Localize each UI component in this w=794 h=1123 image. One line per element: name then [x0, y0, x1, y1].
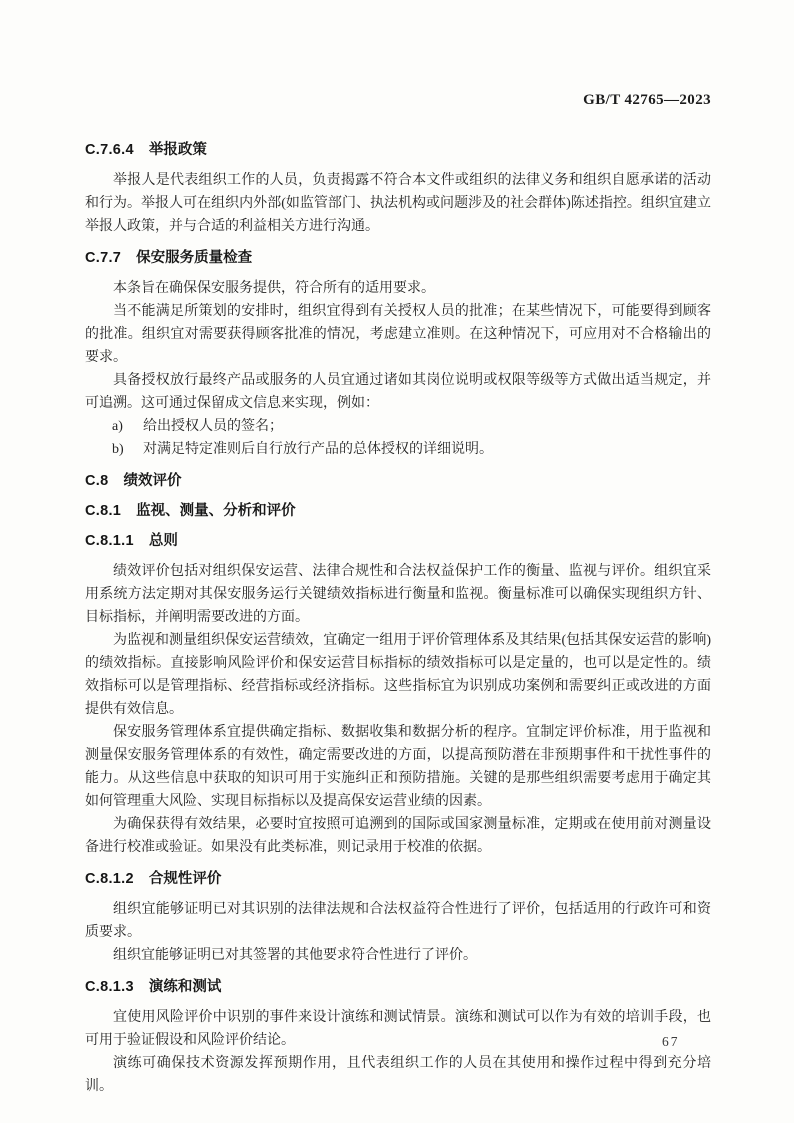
- list-item-a: a)给出授权人员的签名；: [85, 415, 711, 438]
- section-title: 举报政策: [149, 142, 207, 158]
- section-heading-C.7.7: C.7.7保安服务质量检查: [85, 249, 711, 268]
- list-marker: b): [112, 438, 143, 461]
- section-number: C.8: [85, 472, 108, 491]
- section-title: 绩效评价: [123, 473, 181, 489]
- section-number: C.7.7: [85, 249, 121, 268]
- list-text: 给出授权人员的签名；: [143, 419, 283, 434]
- paragraph: 当不能满足所策划的安排时，组织宜得到有关授权人员的批准；在某些情况下，可能要得到…: [85, 300, 711, 369]
- section-heading-C.8.1.2: C.8.1.2合规性评价: [85, 870, 711, 889]
- page-number: 67: [662, 1034, 680, 1050]
- section-heading-C.8.1.1: C.8.1.1总则: [85, 532, 711, 551]
- list-marker: a): [112, 415, 143, 438]
- document-content-area: GB/T 42765—2023 C.7.6.4举报政策举报人是代表组织工作的人员…: [85, 92, 711, 1098]
- standard-code-header: GB/T 42765—2023: [85, 92, 711, 109]
- section-title: 合规性评价: [149, 871, 222, 887]
- section-number: C.8.1.3: [85, 978, 134, 997]
- section-number: C.8.1.2: [85, 870, 134, 889]
- paragraph: 宜使用风险评价中识别的事件来设计演练和测试情景。演练和测试可以作为有效的培训手段…: [85, 1006, 711, 1052]
- section-title: 保安服务质量检查: [136, 250, 252, 266]
- paragraph: 具备授权放行最终产品或服务的人员宜通过诸如其岗位说明或权限等级等方式做出适当规定…: [85, 369, 711, 415]
- list-item-b: b)对满足特定准则后自行放行产品的总体授权的详细说明。: [85, 438, 711, 461]
- section-number: C.8.1.1: [85, 532, 134, 551]
- document-body: C.7.6.4举报政策举报人是代表组织工作的人员，负责揭露不符合本文件或组织的法…: [85, 141, 711, 1098]
- paragraph: 保安服务管理体系宜提供确定指标、数据收集和数据分析的程序。宜制定评价标准，用于监…: [85, 721, 711, 813]
- list-text: 对满足特定准则后自行放行产品的总体授权的详细说明。: [143, 442, 493, 457]
- section-title: 监视、测量、分析和评价: [136, 503, 296, 519]
- section-number: C.8.1: [85, 502, 121, 521]
- paragraph: 为确保获得有效结果，必要时宜按照可追溯到的国际或国家测量标准，定期或在使用前对测…: [85, 813, 711, 859]
- paragraph: 举报人是代表组织工作的人员，负责揭露不符合本文件或组织的法律义务和组织自愿承诺的…: [85, 169, 711, 238]
- paragraph: 本条旨在确保保安服务提供，符合所有的适用要求。: [85, 277, 711, 300]
- section-title: 总则: [149, 533, 178, 549]
- section-heading-C.8: C.8绩效评价: [85, 472, 711, 491]
- paragraph: 演练可确保技术资源发挥预期作用，且代表组织工作的人员在其使用和操作过程中得到充分…: [85, 1052, 711, 1098]
- paragraph: 绩效评价包括对组织保安运营、法律合规性和合法权益保护工作的衡量、监视与评价。组织…: [85, 560, 711, 629]
- section-number: C.7.6.4: [85, 141, 134, 160]
- section-heading-C.7.6.4: C.7.6.4举报政策: [85, 141, 711, 160]
- document-page: GB/T 42765—2023 C.7.6.4举报政策举报人是代表组织工作的人员…: [0, 0, 794, 1123]
- paragraph: 组织宜能够证明已对其签署的其他要求符合性进行了评价。: [85, 944, 711, 967]
- section-heading-C.8.1.3: C.8.1.3演练和测试: [85, 978, 711, 997]
- paragraph: 组织宜能够证明已对其识别的法律法规和合法权益符合性进行了评价，包括适用的行政许可…: [85, 898, 711, 944]
- section-title: 演练和测试: [149, 979, 222, 995]
- paragraph: 为监视和测量组织保安运营绩效，宜确定一组用于评价管理体系及其结果(包括其保安运营…: [85, 629, 711, 721]
- section-heading-C.8.1: C.8.1监视、测量、分析和评价: [85, 502, 711, 521]
